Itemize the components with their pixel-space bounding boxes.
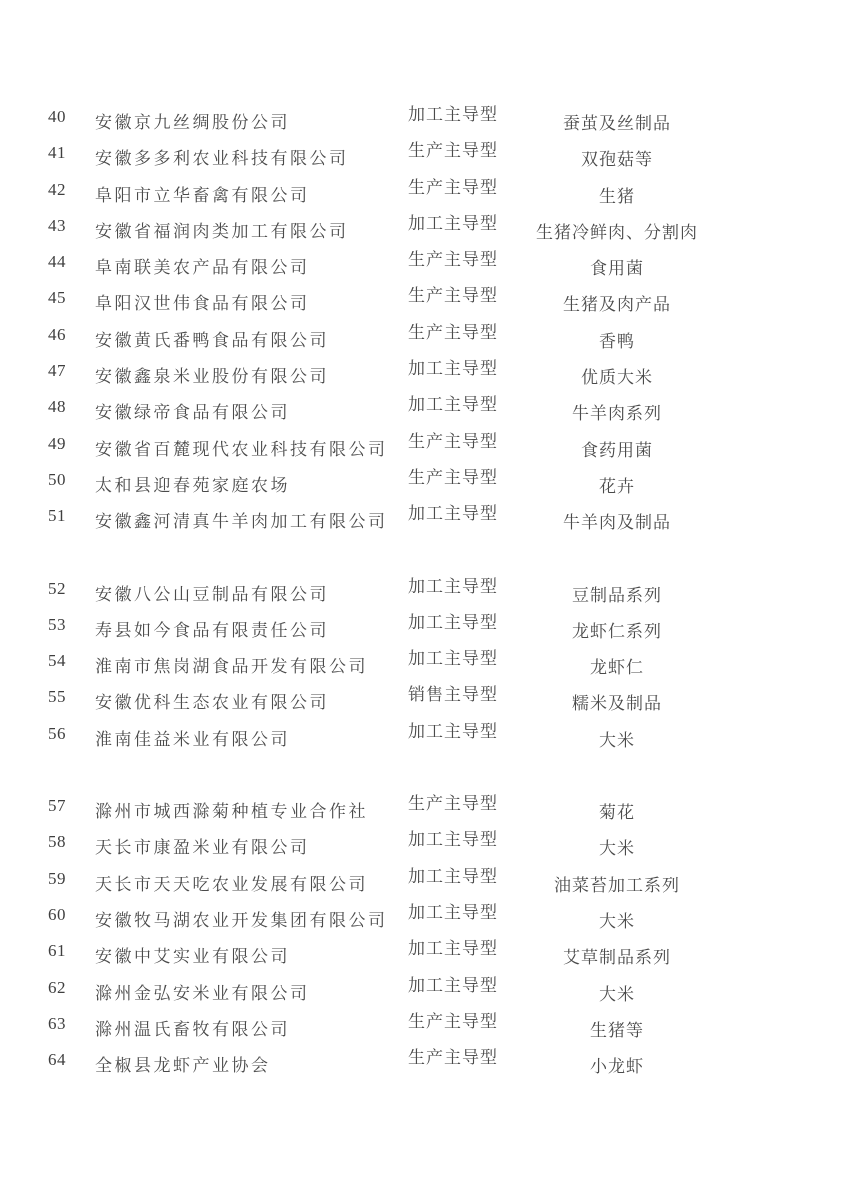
leading-type-label: 加工主导型 bbox=[408, 209, 498, 234]
main-product-label: 优质大米 bbox=[492, 363, 742, 388]
table-row: 60 安徽牧马湖农业开发集团有限公司 加工主导型 大米 bbox=[0, 902, 848, 938]
table-row: 56 淮南佳益米业有限公司 加工主导型 大米 bbox=[0, 721, 848, 757]
company-name: 安徽多多利农业科技有限公司 bbox=[95, 144, 349, 169]
main-product-label: 龙虾仁系列 bbox=[492, 617, 742, 642]
company-name: 淮南佳益米业有限公司 bbox=[95, 725, 290, 750]
row-number: 41 bbox=[48, 143, 66, 163]
leading-type-label: 加工主导型 bbox=[408, 499, 498, 524]
row-number: 59 bbox=[48, 869, 66, 889]
company-name: 天长市天天吃农业发展有限公司 bbox=[95, 870, 368, 895]
main-product-label: 生猪等 bbox=[492, 1016, 742, 1041]
row-number: 63 bbox=[48, 1014, 66, 1034]
leading-type-label: 加工主导型 bbox=[408, 971, 498, 996]
company-name: 安徽省百麓现代农业科技有限公司 bbox=[95, 435, 388, 460]
leading-type-label: 加工主导型 bbox=[408, 898, 498, 923]
main-product-label: 大米 bbox=[492, 726, 742, 751]
row-number: 58 bbox=[48, 832, 66, 852]
main-product-label: 艾草制品系列 bbox=[492, 943, 742, 968]
table-row: 57 滁州市城西滁菊种植专业合作社 生产主导型 菊花 bbox=[0, 793, 848, 829]
row-number: 42 bbox=[48, 180, 66, 200]
company-name: 安徽京九丝绸股份公司 bbox=[95, 108, 290, 133]
main-product-label: 油菜苔加工系列 bbox=[492, 871, 742, 896]
row-number: 56 bbox=[48, 724, 66, 744]
table-row: 50 太和县迎春苑家庭农场 生产主导型 花卉 bbox=[0, 467, 848, 503]
company-name: 安徽八公山豆制品有限公司 bbox=[95, 580, 329, 605]
table-row: 64 全椒县龙虾产业协会 生产主导型 小龙虾 bbox=[0, 1047, 848, 1083]
main-product-label: 花卉 bbox=[492, 472, 742, 497]
company-name: 安徽黄氏番鸭食品有限公司 bbox=[95, 326, 329, 351]
main-product-label: 牛羊肉系列 bbox=[492, 399, 742, 424]
table-row: 59 天长市天天吃农业发展有限公司 加工主导型 油菜苔加工系列 bbox=[0, 866, 848, 902]
main-product-label: 菊花 bbox=[492, 798, 742, 823]
company-name: 阜阳市立华畜禽有限公司 bbox=[95, 181, 310, 206]
table-row: 46 安徽黄氏番鸭食品有限公司 生产主导型 香鸭 bbox=[0, 322, 848, 358]
main-product-label: 大米 bbox=[492, 907, 742, 932]
row-number: 44 bbox=[48, 252, 66, 272]
main-product-label: 豆制品系列 bbox=[492, 581, 742, 606]
main-product-label: 龙虾仁 bbox=[492, 653, 742, 678]
table-row: 58 天长市康盈米业有限公司 加工主导型 大米 bbox=[0, 829, 848, 865]
row-number: 43 bbox=[48, 216, 66, 236]
row-number: 51 bbox=[48, 506, 66, 526]
leading-type-label: 生产主导型 bbox=[408, 136, 498, 161]
company-name: 滁州金弘安米业有限公司 bbox=[95, 979, 310, 1004]
company-name: 安徽鑫泉米业股份有限公司 bbox=[95, 362, 329, 387]
main-product-label: 大米 bbox=[492, 980, 742, 1005]
table-row: 55 安徽优科生态农业有限公司 销售主导型 糯米及制品 bbox=[0, 684, 848, 720]
leading-type-label: 加工主导型 bbox=[408, 572, 498, 597]
company-name: 全椒县龙虾产业协会 bbox=[95, 1051, 271, 1076]
table-row: 41 安徽多多利农业科技有限公司 生产主导型 双孢菇等 bbox=[0, 140, 848, 176]
leading-type-label: 加工主导型 bbox=[408, 717, 498, 742]
company-name: 滁州市城西滁菊种植专业合作社 bbox=[95, 797, 368, 822]
company-name: 安徽优科生态农业有限公司 bbox=[95, 688, 329, 713]
leading-type-label: 生产主导型 bbox=[408, 789, 498, 814]
leading-type-label: 销售主导型 bbox=[408, 680, 498, 705]
table-row: 48 安徽绿帝食品有限公司 加工主导型 牛羊肉系列 bbox=[0, 394, 848, 430]
row-number: 48 bbox=[48, 397, 66, 417]
row-number: 54 bbox=[48, 651, 66, 671]
company-name: 安徽中艾实业有限公司 bbox=[95, 942, 290, 967]
main-product-label: 生猪 bbox=[492, 182, 742, 207]
document-page: 40 安徽京九丝绸股份公司 加工主导型 蚕茧及丝制品 41 安徽多多利农业科技有… bbox=[0, 0, 848, 1200]
leading-type-label: 加工主导型 bbox=[408, 608, 498, 633]
row-number: 61 bbox=[48, 941, 66, 961]
table-row: 47 安徽鑫泉米业股份有限公司 加工主导型 优质大米 bbox=[0, 358, 848, 394]
table-row: 52 安徽八公山豆制品有限公司 加工主导型 豆制品系列 bbox=[0, 576, 848, 612]
row-number: 50 bbox=[48, 470, 66, 490]
company-name: 天长市康盈米业有限公司 bbox=[95, 833, 310, 858]
table-row: 63 滁州温氏畜牧有限公司 生产主导型 生猪等 bbox=[0, 1011, 848, 1047]
table-row: 44 阜南联美农产品有限公司 生产主导型 食用菌 bbox=[0, 249, 848, 285]
main-product-label: 生猪冷鲜肉、分割肉 bbox=[492, 218, 742, 243]
row-number: 62 bbox=[48, 978, 66, 998]
row-number: 47 bbox=[48, 361, 66, 381]
leading-type-label: 加工主导型 bbox=[408, 825, 498, 850]
leading-type-label: 加工主导型 bbox=[408, 100, 498, 125]
leading-type-label: 生产主导型 bbox=[408, 318, 498, 343]
leading-type-label: 加工主导型 bbox=[408, 862, 498, 887]
company-name: 阜阳汉世伟食品有限公司 bbox=[95, 289, 310, 314]
leading-type-label: 生产主导型 bbox=[408, 173, 498, 198]
leading-type-label: 生产主导型 bbox=[408, 463, 498, 488]
main-product-label: 生猪及肉产品 bbox=[492, 290, 742, 315]
row-number: 46 bbox=[48, 325, 66, 345]
row-number: 57 bbox=[48, 796, 66, 816]
leading-type-label: 生产主导型 bbox=[408, 245, 498, 270]
row-number: 52 bbox=[48, 579, 66, 599]
leading-type-label: 加工主导型 bbox=[408, 644, 498, 669]
leading-type-label: 加工主导型 bbox=[408, 354, 498, 379]
leading-type-label: 加工主导型 bbox=[408, 390, 498, 415]
leading-type-label: 生产主导型 bbox=[408, 427, 498, 452]
main-product-label: 双孢菇等 bbox=[492, 145, 742, 170]
main-product-label: 糯米及制品 bbox=[492, 689, 742, 714]
table-row: 51 安徽鑫河清真牛羊肉加工有限公司 加工主导型 牛羊肉及制品 bbox=[0, 503, 848, 539]
company-name: 阜南联美农产品有限公司 bbox=[95, 253, 310, 278]
table-row: 54 淮南市焦岗湖食品开发有限公司 加工主导型 龙虾仁 bbox=[0, 648, 848, 684]
table-row: 42 阜阳市立华畜禽有限公司 生产主导型 生猪 bbox=[0, 177, 848, 213]
company-name: 安徽省福润肉类加工有限公司 bbox=[95, 217, 349, 242]
row-number: 60 bbox=[48, 905, 66, 925]
row-number: 64 bbox=[48, 1050, 66, 1070]
company-name: 寿县如今食品有限责任公司 bbox=[95, 616, 329, 641]
main-product-label: 大米 bbox=[492, 834, 742, 859]
main-product-label: 食用菌 bbox=[492, 254, 742, 279]
company-name: 淮南市焦岗湖食品开发有限公司 bbox=[95, 652, 368, 677]
table-row: 43 安徽省福润肉类加工有限公司 加工主导型 生猪冷鲜肉、分割肉 bbox=[0, 213, 848, 249]
main-product-label: 香鸭 bbox=[492, 327, 742, 352]
table-row: 45 阜阳汉世伟食品有限公司 生产主导型 生猪及肉产品 bbox=[0, 285, 848, 321]
row-number: 53 bbox=[48, 615, 66, 635]
company-name: 滁州温氏畜牧有限公司 bbox=[95, 1015, 290, 1040]
section-gap bbox=[0, 757, 848, 793]
section-gap bbox=[0, 540, 848, 576]
row-number: 55 bbox=[48, 687, 66, 707]
company-name: 安徽绿帝食品有限公司 bbox=[95, 398, 290, 423]
row-number: 49 bbox=[48, 434, 66, 454]
main-product-label: 食药用菌 bbox=[492, 436, 742, 461]
company-name: 安徽鑫河清真牛羊肉加工有限公司 bbox=[95, 507, 388, 532]
company-name: 太和县迎春苑家庭农场 bbox=[95, 471, 290, 496]
company-table: 40 安徽京九丝绸股份公司 加工主导型 蚕茧及丝制品 41 安徽多多利农业科技有… bbox=[0, 104, 848, 1083]
main-product-label: 小龙虾 bbox=[492, 1052, 742, 1077]
table-row: 62 滁州金弘安米业有限公司 加工主导型 大米 bbox=[0, 975, 848, 1011]
table-row: 49 安徽省百麓现代农业科技有限公司 生产主导型 食药用菌 bbox=[0, 431, 848, 467]
table-row: 53 寿县如今食品有限责任公司 加工主导型 龙虾仁系列 bbox=[0, 612, 848, 648]
row-number: 45 bbox=[48, 288, 66, 308]
main-product-label: 蚕茧及丝制品 bbox=[492, 109, 742, 134]
leading-type-label: 生产主导型 bbox=[408, 1043, 498, 1068]
leading-type-label: 加工主导型 bbox=[408, 934, 498, 959]
leading-type-label: 生产主导型 bbox=[408, 281, 498, 306]
leading-type-label: 生产主导型 bbox=[408, 1007, 498, 1032]
main-product-label: 牛羊肉及制品 bbox=[492, 508, 742, 533]
row-number: 40 bbox=[48, 107, 66, 127]
company-name: 安徽牧马湖农业开发集团有限公司 bbox=[95, 906, 388, 931]
table-row: 40 安徽京九丝绸股份公司 加工主导型 蚕茧及丝制品 bbox=[0, 104, 848, 140]
table-row: 61 安徽中艾实业有限公司 加工主导型 艾草制品系列 bbox=[0, 938, 848, 974]
